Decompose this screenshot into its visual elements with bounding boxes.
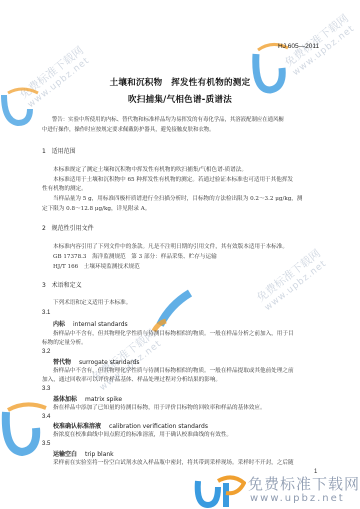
warning-text: 警告：实验中所使用的内标、替代物和标准样品均为易挥发的有毒化学品，其溶液配制应在… (52, 117, 284, 124)
term-title: 校准确认标准溶液calibration verification standar… (53, 423, 208, 430)
paragraph-line: 本标准内容引用了下列文件中的条款。凡是不注明日期的引用文件，其有效版本适用于本标… (53, 244, 288, 251)
section-heading: 3 术语和定义 (42, 282, 82, 289)
paragraph-line: 采样前在实验室将一份空白试剂水放入样品瓶中密封，将其带到采样现场。采样时不开封，… (53, 460, 294, 467)
term-number: 3.3 (42, 386, 50, 393)
watermark-site-name: 免费标准下载网 (248, 473, 360, 494)
term-number: 3.5 (42, 441, 50, 448)
paragraph-line: 指样品中不含有，但其物理化学性质与待测目标物相似的物质。一般在样品分析之前加入，… (53, 331, 294, 338)
term-number: 3.2 (42, 349, 50, 356)
paragraph-line: 本标准适用于土壤和沉积物中 65 种挥发性有机物的测定。若通过验证本标准也可适用… (53, 177, 293, 184)
document-title: 土壤和沉积物 挥发性有机物的测定 (0, 76, 360, 88)
watermark-logo: 免费标准下载网 www.upbz.net (192, 473, 360, 509)
standard-code: HJ 605—2011 (278, 43, 319, 50)
term-title: 基体加标matrix spike (53, 396, 122, 403)
warning-text: 中进行操作，操作时应按规定要求佩戴防护器具，避免接触皮肤和衣物。 (42, 127, 215, 134)
paragraph-line: 性有机物的测定。 (42, 186, 87, 193)
paragraph-line: 定下限为 0.8～12.8 μg/kg，详见附录 A。 (42, 206, 150, 213)
paragraph-line: 加入，通过回收率可以评价样品基体、样品处理过程对分析结果的影响。 (42, 377, 221, 384)
term-number: 3.1 (42, 310, 50, 317)
section-heading: 2 规范性引用文件 (42, 225, 94, 232)
paragraph-line: 标物的定量分析。 (42, 340, 87, 347)
term-title: 替代物surrogate standards (53, 359, 140, 366)
paragraph-line: 指浓度在校准曲线中间点附近的标准溶液，用于确认校准曲线的有效性。 (53, 432, 232, 439)
paragraph-line: 指在样品中添加了已知量的待测目标物，用于评价目标物的回收率和样品的基体效应。 (53, 405, 266, 412)
paragraph-line: 指样品中不含有，但其物理化学性质与待测目标物相似的物质。一般在样品提取或其他前处… (53, 368, 294, 375)
up-logo-icon (0, 85, 42, 129)
paragraph-line: 当样品量为 5 g，用标准四极杆质谱进行全扫描分析时，目标物的方法检出限为 0.… (53, 196, 303, 203)
term-title: 运输空白trip blank (53, 451, 114, 458)
watermark-url: www.upbz.net (250, 493, 345, 504)
up-logo-icon (192, 473, 246, 509)
term-title: 内标internal standards (53, 321, 128, 328)
watermark-text: 免费标准下载网www.upbz.net (255, 248, 330, 314)
up-logo-icon (150, 285, 200, 335)
paragraph-line: 下列术语和定义适用于本标准。 (53, 300, 131, 307)
page-number: 1 (314, 469, 317, 475)
term-number: 3.4 (42, 414, 50, 421)
section-heading: 1 适用范围 (42, 148, 76, 155)
reference-line: GB 17378.3 海洋监测规范 第 3 部分：样品采集、贮存与运输 (53, 254, 217, 261)
paragraph-line: 本标准规定了测定土壤和沉积物中挥发性有机物的吹扫捕集/气相色谱-质谱法。 (53, 167, 247, 174)
reference-line: HJ/T 166 土壤环境监测技术规范 (53, 264, 140, 271)
up-logo-icon (0, 400, 48, 460)
document-page: 免费标准下载网www.upbz.net 免费标准下载网www.upbz.net … (0, 0, 360, 509)
document-subtitle: 吹扫捕集/气相色谱-质谱法 (0, 93, 360, 105)
